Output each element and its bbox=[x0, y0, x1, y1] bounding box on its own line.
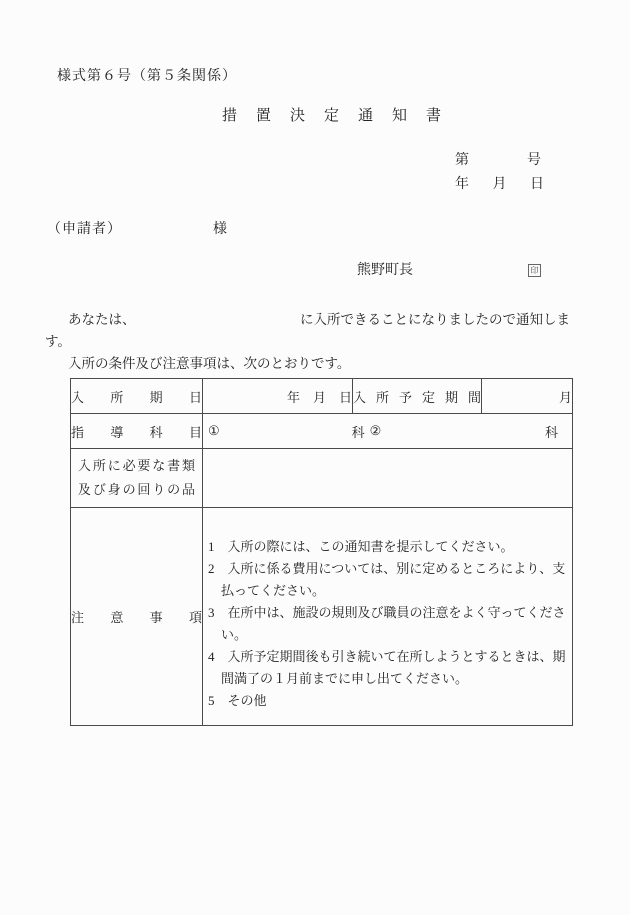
note-line: い。 bbox=[208, 624, 566, 646]
guidance-label: 指導科目 bbox=[71, 414, 203, 449]
guidance-item2-unit: 科 bbox=[545, 422, 558, 441]
date-day-label: 日 bbox=[530, 177, 544, 194]
document-page: 様式第６号（第５条関係） 措 置 決 定 通 知 書 第 号 年 月 日 （申請… bbox=[0, 0, 630, 915]
table-row-belongings: 入所に必要な書類 及び身の回りの品 bbox=[71, 449, 573, 508]
notes-label: 注意事項 bbox=[71, 508, 203, 726]
table-row-admission-date: 入所期日 年 月 日 入所予定期間 月 bbox=[71, 379, 573, 414]
applicant-label: （申請者） bbox=[47, 222, 122, 239]
document-title: 措 置 決 定 通 知 書 bbox=[222, 107, 443, 125]
conditions-table: 入所期日 年 月 日 入所予定期間 月 指導科目 ① 科 ② 科 入所に必要な書… bbox=[70, 378, 573, 726]
belongings-label-line1: 入所に必要な書類 bbox=[71, 454, 202, 478]
belongings-label-line2: 及び身の回りの品 bbox=[71, 478, 202, 502]
note-line: 1 入所の際には、この通知書を提示してください。 bbox=[208, 536, 566, 558]
belongings-value-cell bbox=[203, 449, 573, 508]
note-line: 4 入所予定期間後も引き続いて在所しようとするときは、期 bbox=[208, 646, 566, 668]
body-line3: 入所の条件及び注意事項は、次のとおりです。 bbox=[68, 356, 350, 372]
admission-date-value: 年 月 日 bbox=[203, 379, 353, 414]
admission-date-label: 入所期日 bbox=[71, 379, 203, 414]
guidance-item1-unit: 科 bbox=[352, 422, 365, 441]
planned-period-label: 入所予定期間 bbox=[353, 379, 482, 414]
notes-content-cell: 1 入所の際には、この通知書を提示してください。2 入所に係る費用については、別… bbox=[203, 508, 573, 726]
issuer-name: 熊野町長 bbox=[357, 263, 413, 280]
document-number-line: 第 号 bbox=[455, 153, 541, 170]
seal-mark-icon: 印 bbox=[528, 264, 541, 277]
doc-number-suffix: 号 bbox=[527, 153, 541, 170]
body-line2: す。 bbox=[45, 334, 71, 350]
notes-list: 1 入所の際には、この通知書を提示してください。2 入所に係る費用については、別… bbox=[203, 522, 572, 712]
doc-number-prefix: 第 bbox=[455, 153, 469, 170]
note-line: 2 入所に係る費用については、別に定めるところにより、支 bbox=[208, 558, 566, 580]
date-line: 年 月 日 bbox=[455, 177, 544, 194]
note-line: 5 その他 bbox=[208, 690, 566, 712]
applicant-honorific: 様 bbox=[213, 222, 227, 239]
note-line: 3 在所中は、施設の規則及び職員の注意をよく守ってくださ bbox=[208, 602, 566, 624]
body-line1-rest: に入所できることになりましたので通知しま bbox=[300, 312, 570, 328]
body-line1-lead: あなたは、 bbox=[68, 312, 136, 328]
date-year-label: 年 bbox=[455, 177, 469, 194]
note-line: 間満了の１月前までに申し出てください。 bbox=[208, 668, 566, 690]
guidance-item1-number: ① bbox=[208, 423, 220, 439]
guidance-value-row: ① 科 ② 科 bbox=[203, 422, 572, 441]
belongings-label: 入所に必要な書類 及び身の回りの品 bbox=[71, 449, 203, 508]
date-month-label: 月 bbox=[493, 177, 507, 194]
note-line: 払ってください。 bbox=[208, 580, 566, 602]
guidance-item2-number: ② bbox=[370, 423, 382, 439]
form-number: 様式第６号（第５条関係） bbox=[57, 69, 237, 86]
table-row-guidance: 指導科目 ① 科 ② 科 bbox=[71, 414, 573, 449]
guidance-value-cell: ① 科 ② 科 bbox=[203, 414, 573, 449]
table-row-notes: 注意事項 1 入所の際には、この通知書を提示してください。2 入所に係る費用につ… bbox=[71, 508, 573, 726]
planned-period-value: 月 bbox=[482, 379, 573, 414]
